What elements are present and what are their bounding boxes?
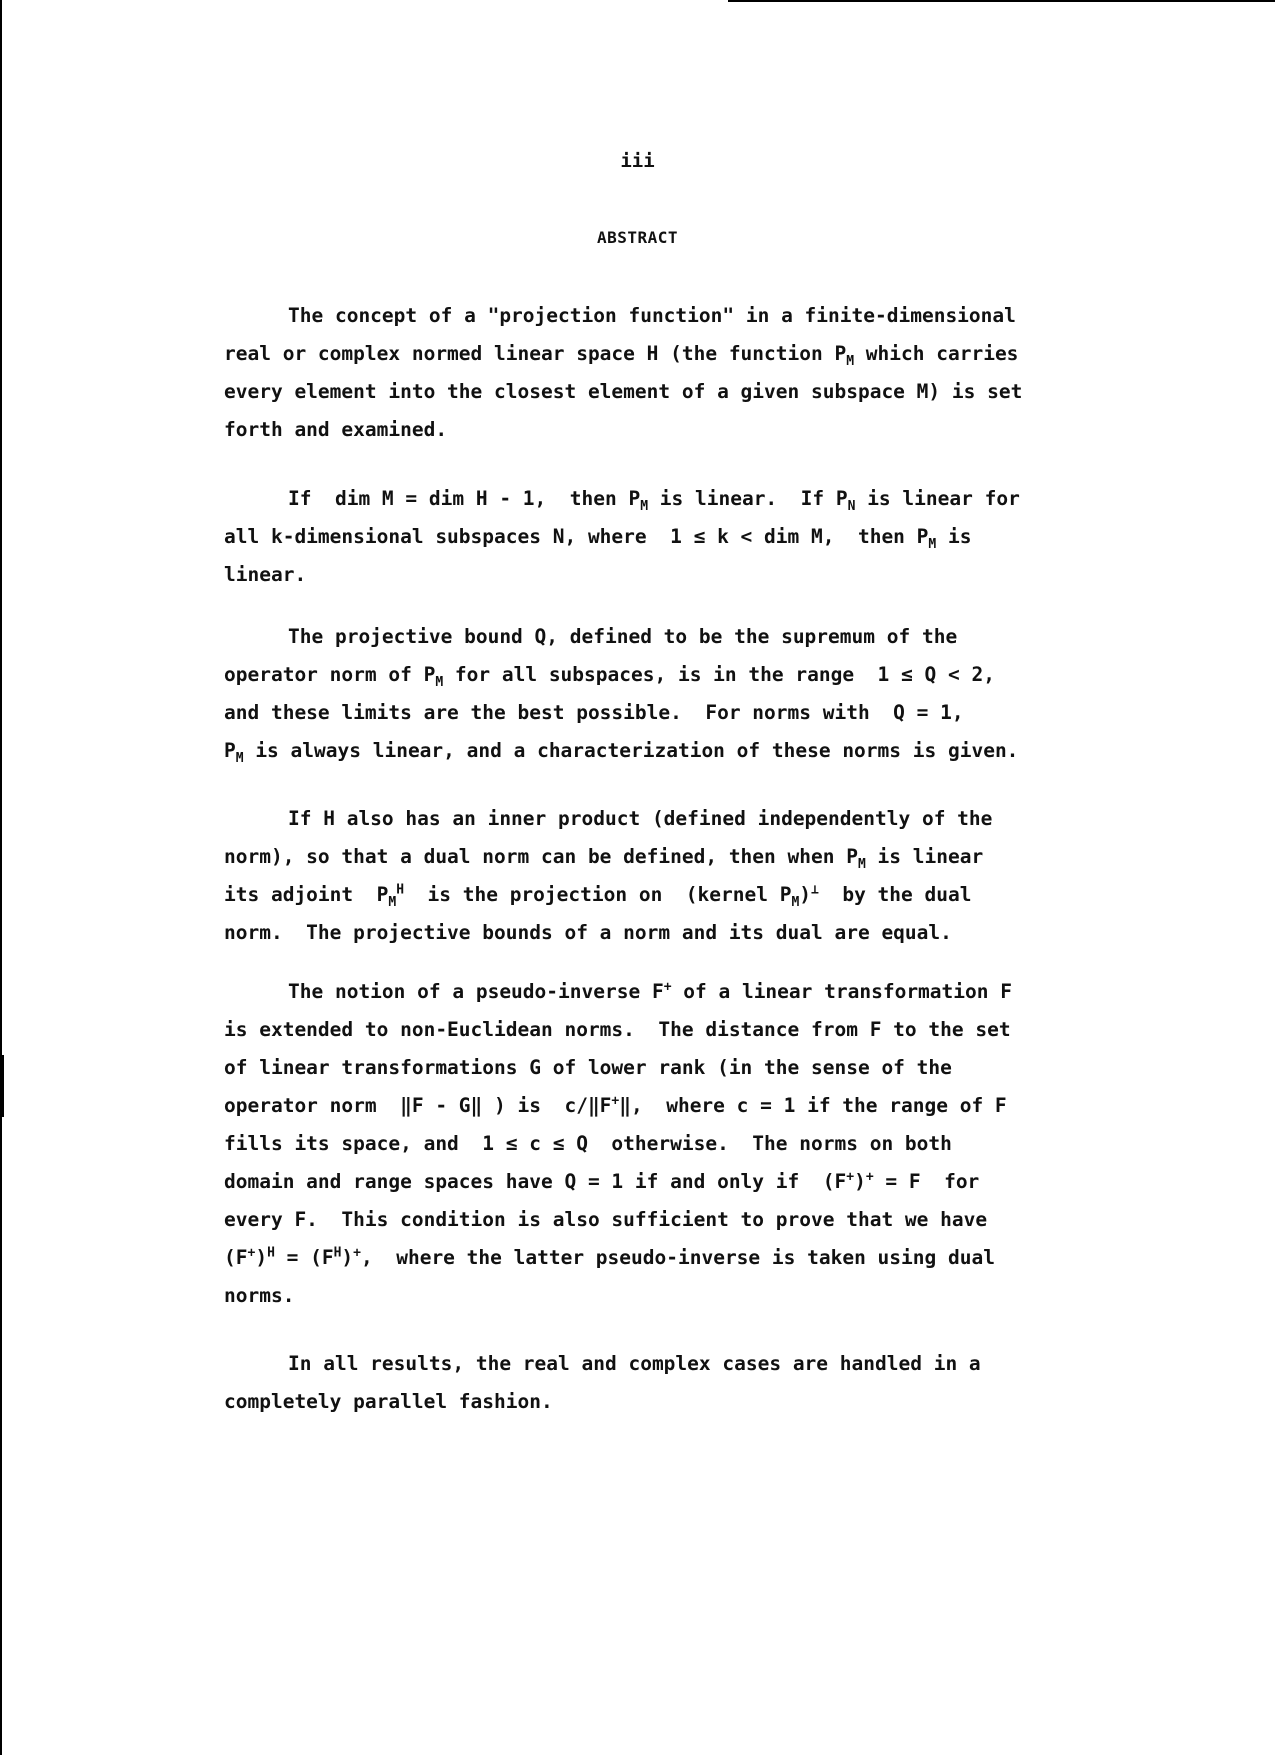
scan-top-edge xyxy=(728,0,1275,2)
text-line: The concept of a "projection function" i… xyxy=(224,297,1124,335)
text-line: (F+)H = (FH)+, where the latter pseudo-i… xyxy=(224,1239,1124,1277)
paragraph-projective-bound: The projective bound Q, defined to be th… xyxy=(224,618,1124,770)
text-line: The notion of a pseudo-inverse F+ of a l… xyxy=(224,973,1124,1011)
paragraph-conclusion: In all results, the real and complex cas… xyxy=(224,1345,1124,1421)
text-line: If dim M = dim H - 1, then PM is linear.… xyxy=(224,480,1124,518)
paragraph-linearity: If dim M = dim H - 1, then PM is linear.… xyxy=(224,480,1124,594)
text-line: The projective bound Q, defined to be th… xyxy=(224,618,1124,656)
paragraph-projection-function: The concept of a "projection function" i… xyxy=(224,297,1124,449)
text-line: If H also has an inner product (defined … xyxy=(224,800,1124,838)
text-line: norm. The projective bounds of a norm an… xyxy=(224,914,1124,952)
text-line: operator norm of PM for all subspaces, i… xyxy=(224,656,1124,694)
text-line: completely parallel fashion. xyxy=(224,1383,1124,1421)
text-line: every element into the closest element o… xyxy=(224,373,1124,411)
text-line: all k-dimensional subspaces N, where 1 ≤… xyxy=(224,518,1124,556)
text-line: norms. xyxy=(224,1277,1124,1315)
text-line: linear. xyxy=(224,556,1124,594)
text-line: PM is always linear, and a characterizat… xyxy=(224,732,1124,770)
text-line: is extended to non-Euclidean norms. The … xyxy=(224,1011,1124,1049)
text-line: forth and examined. xyxy=(224,411,1124,449)
text-line: norm), so that a dual norm can be define… xyxy=(224,838,1124,876)
text-line: of linear transformations G of lower ran… xyxy=(224,1049,1124,1087)
text-line: In all results, the real and complex cas… xyxy=(224,1345,1124,1383)
text-line: fills its space, and 1 ≤ c ≤ Q otherwise… xyxy=(224,1125,1124,1163)
text-line: domain and range spaces have Q = 1 if an… xyxy=(224,1163,1124,1201)
text-line: real or complex normed linear space H (t… xyxy=(224,335,1124,373)
page-number: iii xyxy=(0,150,1275,172)
page-title: ABSTRACT xyxy=(0,228,1275,247)
scan-margin-mark xyxy=(0,1055,4,1117)
text-line: operator norm ‖F - G‖ ) is c/‖F+‖, where… xyxy=(224,1087,1124,1125)
text-line: every F. This condition is also sufficie… xyxy=(224,1201,1124,1239)
text-line: its adjoint PMH is the projection on (ke… xyxy=(224,876,1124,914)
paragraph-inner-product: If H also has an inner product (defined … xyxy=(224,800,1124,952)
text-line: and these limits are the best possible. … xyxy=(224,694,1124,732)
scan-left-edge xyxy=(0,0,2,1755)
paragraph-pseudo-inverse: The notion of a pseudo-inverse F+ of a l… xyxy=(224,973,1124,1315)
